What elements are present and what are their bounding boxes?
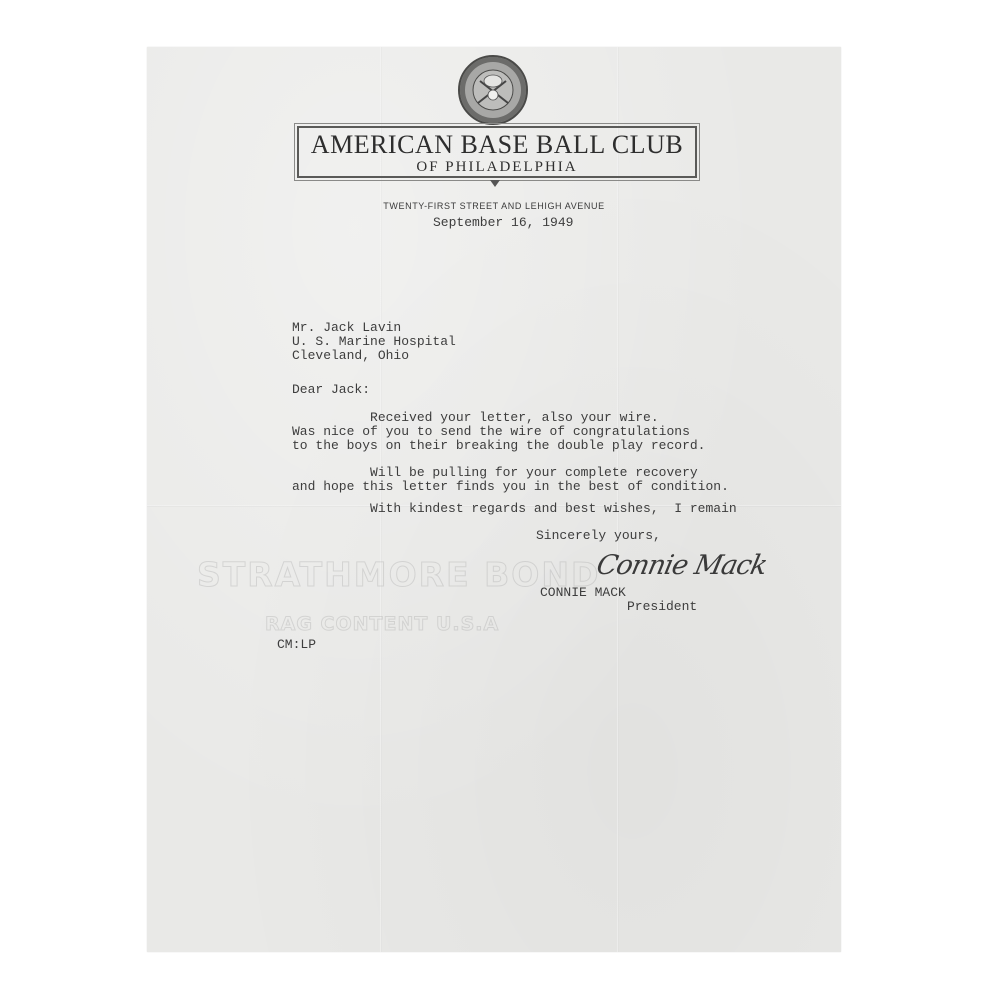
watermark-content: RAG CONTENT U.S.A [265,613,499,635]
banner-ornament [490,180,500,187]
complimentary-closing: Sincerely yours, [536,529,661,543]
letter-paper: STRATHMORE BOND RAG CONTENT U.S.A AMERIC… [147,47,841,952]
body-paragraph: Received your letter, also your wire. Wa… [292,411,705,453]
paragraph-line: Received your letter, also your wire. [292,410,659,425]
handwritten-signature: Connie Mack [594,550,770,581]
body-paragraph: Will be pulling for your complete recove… [292,466,729,494]
recipient-city: Cleveland, Ohio [292,348,409,363]
letterhead-subtitle: OF PHILADELPHIA [299,159,695,175]
letterhead-title: AMERICAN BASE BALL CLUB [299,131,695,159]
club-seal-icon [458,55,528,125]
salutation: Dear Jack: [292,383,370,397]
paragraph-line: Will be pulling for your complete recove… [292,465,698,480]
letter-date: September 16, 1949 [433,216,573,230]
body-paragraph: With kindest regards and best wishes, I … [292,502,737,516]
elephant-baseball-emblem-icon [460,57,526,123]
signer-title: President [627,600,697,614]
recipient-name: Mr. Jack Lavin [292,320,401,335]
letterhead-banner: AMERICAN BASE BALL CLUB OF PHILADELPHIA [297,126,697,178]
reference-initials: CM:LP [277,638,316,652]
recipient-institution: U. S. Marine Hospital [292,334,456,349]
recipient-block: Mr. Jack Lavin U. S. Marine Hospital Cle… [292,321,456,363]
paragraph-line: and hope this letter finds you in the be… [292,479,729,494]
paragraph-line: to the boys on their breaking the double… [292,438,705,453]
vertical-fold-line [617,47,619,952]
letterhead-address: TWENTY-FIRST STREET AND LEHIGH AVENUE [147,201,841,211]
signer-name: CONNIE MACK [540,586,626,600]
vertical-fold-line [380,47,382,952]
paragraph-line: With kindest regards and best wishes, I … [292,501,737,516]
paragraph-line: Was nice of you to send the wire of cong… [292,424,690,439]
